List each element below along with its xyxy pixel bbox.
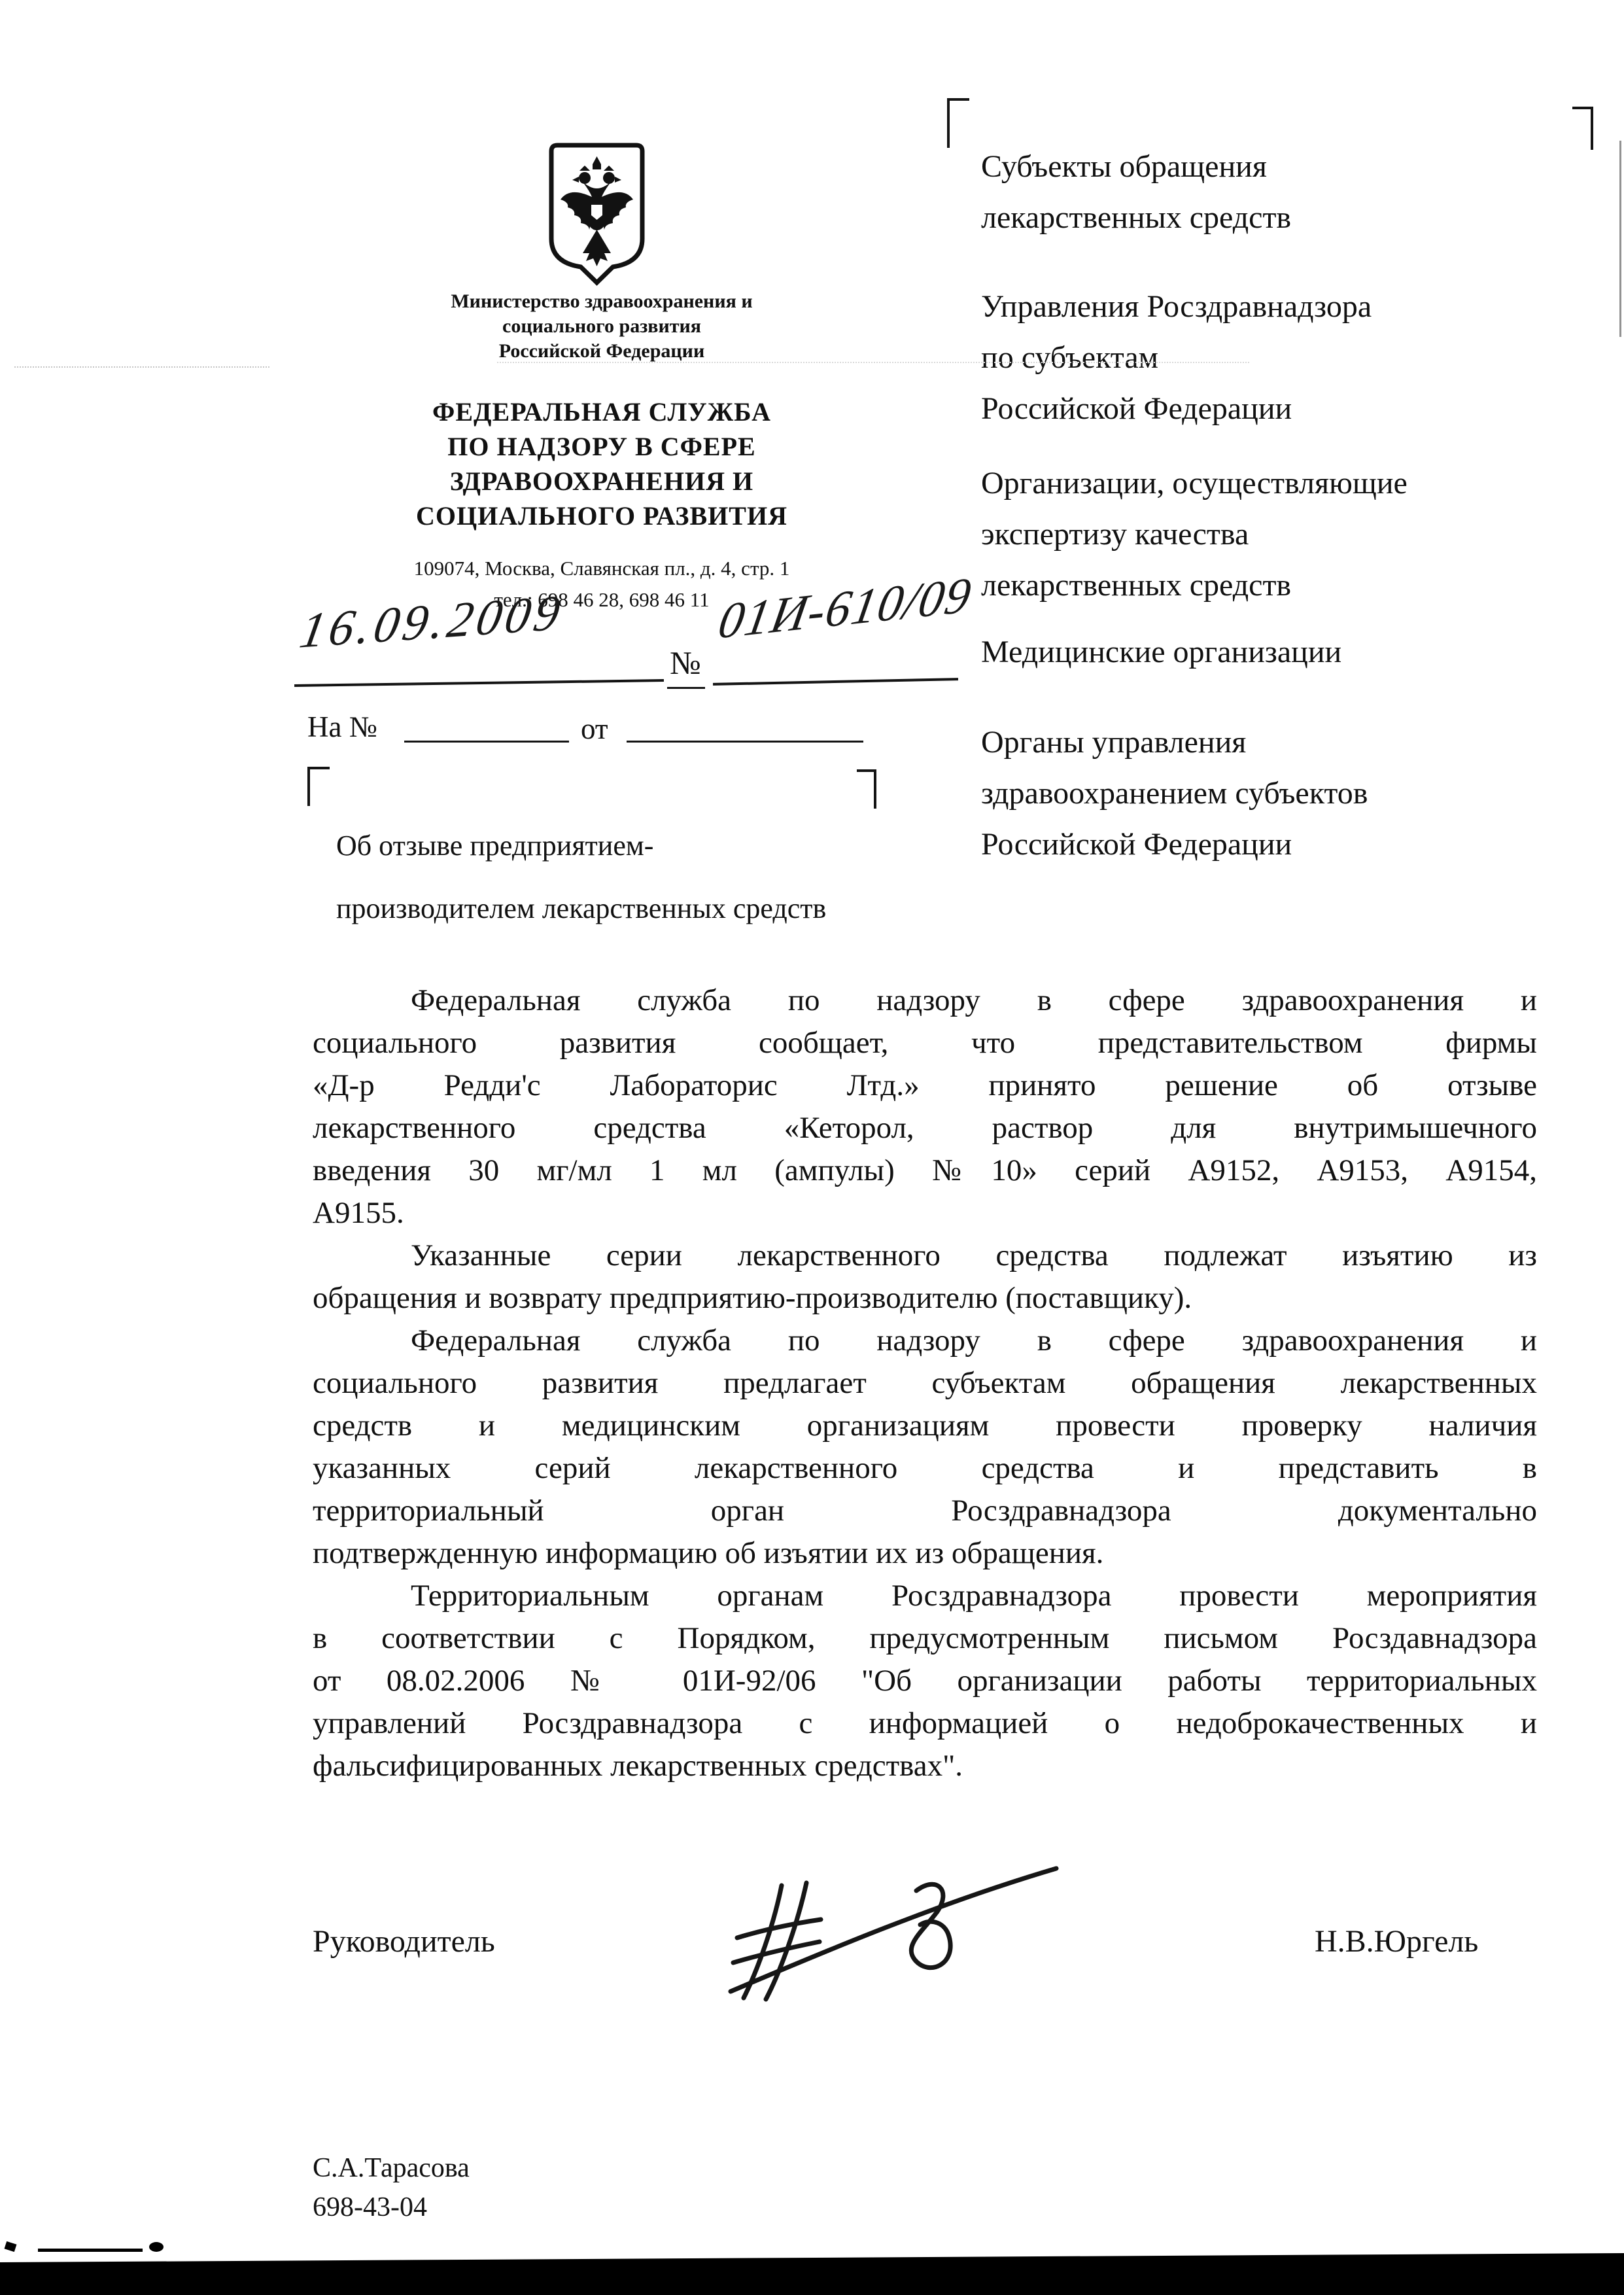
- number-sign: №: [670, 644, 701, 682]
- recipient-line: экспертизу качества: [981, 509, 1570, 560]
- scan-noise-line: [14, 366, 269, 368]
- recipient-group: Организации, осуществляющие экспертизу к…: [981, 458, 1570, 611]
- body-line: территориальный орган Росздравнадзора до…: [313, 1490, 1537, 1532]
- recipient-group: Органы управления здравоохранением субъе…: [981, 717, 1570, 870]
- number-underline: [713, 678, 958, 686]
- reply-date-blank: [627, 741, 863, 743]
- recipient-line: Организации, осуществляющие: [981, 458, 1570, 509]
- recipient-line: Российской Федерации: [981, 819, 1570, 870]
- scan-smudge: [38, 2249, 143, 2252]
- body-line: «Д-р Редди'с Лабораторис Лтд.» принято р…: [313, 1064, 1537, 1107]
- executor-block: С.А.Тарасова 698-43-04: [313, 2148, 470, 2227]
- ministry-name: Министерство здравоохранения и социально…: [275, 289, 929, 364]
- signer-name: Н.В.Юргель: [1315, 1923, 1478, 1959]
- recipient-line: Субъекты обращения: [981, 141, 1570, 192]
- scan-bottom-band: [0, 2251, 1624, 2295]
- subject-line: Об отзыве предприятием-: [336, 815, 977, 877]
- body-line: социального развития сообщает, что предс…: [313, 1022, 1537, 1064]
- agency-line: ПО НАДЗОРУ В СФЕРЕ: [275, 429, 929, 464]
- body-line: средств и медицинским организациям прове…: [313, 1405, 1537, 1447]
- recipient-line: по субъектам: [981, 332, 1570, 383]
- signer-title: Руководитель: [313, 1923, 495, 1959]
- scanned-letter-page: Министерство здравоохранения и социально…: [0, 0, 1624, 2295]
- body-line: введения 30 мг/мл 1 мл (ампулы) №10» сер…: [313, 1149, 1537, 1192]
- paragraph: Указанные серии лекарственного средства …: [313, 1235, 1537, 1320]
- recipient-group: Управления Росздравнадзора по субъектам …: [981, 281, 1570, 434]
- addressee-corner-mark-right: [1572, 107, 1593, 150]
- reply-number-blank: [404, 741, 569, 743]
- body-line: фальсифицированных лекарственных средств…: [313, 1745, 1537, 1787]
- paragraph: Федеральная служба по надзору в сфере зд…: [313, 979, 1537, 1235]
- russia-coat-of-arms-icon: [546, 141, 648, 289]
- scan-smudge: [149, 2242, 164, 2252]
- ministry-line: социального развития: [275, 314, 929, 339]
- number-sign-underline: [667, 687, 705, 689]
- ministry-line: Российской Федерации: [275, 339, 929, 364]
- body-line: лекарственного средства «Кеторол, раство…: [313, 1107, 1537, 1149]
- handwritten-signature-icon: [716, 1859, 1082, 2002]
- scan-smudge: [5, 2241, 17, 2252]
- body-line: социального развития предлагает субъекта…: [313, 1362, 1537, 1405]
- body-line: Территориальным органам Росздравнадзора …: [313, 1575, 1537, 1617]
- reply-from-label: от: [581, 712, 608, 746]
- recipient-line: лекарственных средств: [981, 192, 1570, 243]
- subject-line: производителем лекарственных средств: [336, 877, 977, 940]
- subject: Об отзыве предприятием- производителем л…: [336, 815, 977, 940]
- date-underline: [294, 679, 664, 687]
- recipient-line: Медицинские организации: [981, 627, 1570, 678]
- recipient-line: Управления Росздравнадзора: [981, 281, 1570, 332]
- agency-address: 109074, Москва, Славянская пл., д. 4, ст…: [275, 553, 929, 584]
- body-line: управлений Росздравнадзора с информацией…: [313, 1702, 1537, 1745]
- executor-phone: 698-43-04: [313, 2188, 470, 2227]
- addressee-corner-mark-left: [947, 98, 969, 148]
- recipient-line: здравоохранением субъектов: [981, 768, 1570, 819]
- agency-line: СОЦИАЛЬНОГО РАЗВИТИЯ: [275, 499, 929, 533]
- body-line: указанных серий лекарственного средства …: [313, 1447, 1537, 1490]
- reply-to-label: На №: [307, 710, 377, 744]
- body-line: от 08.02.2006 № 01И-92/06 "Об организаци…: [313, 1660, 1537, 1702]
- agency-line: ЗДРАВООХРАНЕНИЯ И: [275, 464, 929, 499]
- executor-name: С.А.Тарасова: [313, 2148, 470, 2188]
- body-line: Указанные серии лекарственного средства …: [313, 1235, 1537, 1277]
- agency-line: ФЕДЕРАЛЬНАЯ СЛУЖБА: [275, 394, 929, 429]
- recipient-line: лекарственных средств: [981, 560, 1570, 611]
- body-line: в соответствии с Порядком, предусмотренн…: [313, 1617, 1537, 1660]
- paragraph: Территориальным органам Росздравнадзора …: [313, 1575, 1537, 1787]
- recipient-group: Медицинские организации: [981, 627, 1570, 678]
- body-line: А9155.: [313, 1192, 1537, 1235]
- scan-noise-line: [497, 362, 1249, 363]
- recipient-line: Российской Федерации: [981, 383, 1570, 434]
- body-line: Федеральная служба по надзору в сфере зд…: [313, 979, 1537, 1022]
- recipient-line: Органы управления: [981, 717, 1570, 768]
- ministry-line: Министерство здравоохранения и: [275, 289, 929, 314]
- recipient-group: Субъекты обращения лекарственных средств: [981, 141, 1570, 243]
- letter-body: Федеральная служба по надзору в сфере зд…: [313, 979, 1537, 1787]
- subject-corner-mark-left: [307, 767, 330, 806]
- subject-corner-mark-right: [857, 769, 876, 809]
- paragraph: Федеральная служба по надзору в сфере зд…: [313, 1320, 1537, 1575]
- agency-name: ФЕДЕРАЛЬНАЯ СЛУЖБА ПО НАДЗОРУ В СФЕРЕ ЗД…: [275, 394, 929, 533]
- body-line: Федеральная служба по надзору в сфере зд…: [313, 1320, 1537, 1362]
- body-line: обращения и возврату предприятию-произво…: [313, 1277, 1537, 1320]
- scan-edge-artifact: [1619, 141, 1621, 337]
- body-line: подтвержденную информацию об изъятии их …: [313, 1532, 1537, 1575]
